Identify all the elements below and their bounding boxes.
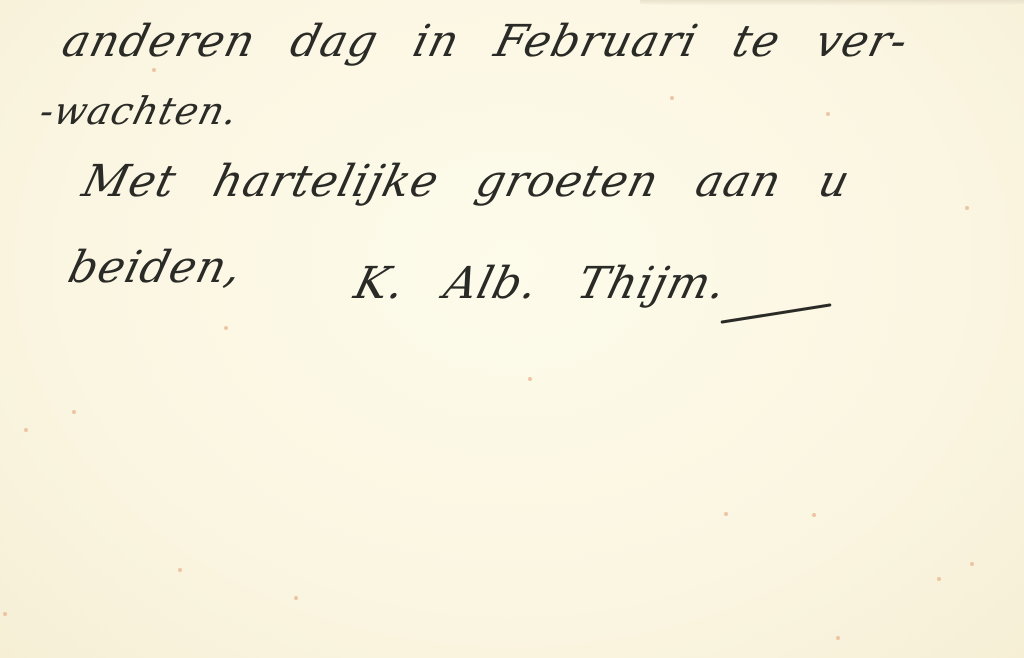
foxing-spot <box>836 636 840 640</box>
handwritten-line-4: beiden, <box>64 246 247 290</box>
foxing-spot <box>826 112 830 116</box>
signature: K. Alb. Thijm. <box>350 262 731 306</box>
foxing-spot <box>937 577 941 581</box>
foxing-spot <box>24 428 28 432</box>
foxing-spot <box>152 68 156 72</box>
foxing-spot <box>965 206 969 210</box>
foxing-spot <box>812 513 816 517</box>
foxing-spot <box>224 326 228 330</box>
foxing-spot <box>724 512 728 516</box>
handwritten-line-1: anderen dag in Februari te ver- <box>58 20 913 64</box>
foxing-spot <box>294 596 298 600</box>
foxing-spot <box>970 562 974 566</box>
foxing-spot <box>3 612 7 616</box>
handwritten-line-2: -wachten. <box>36 92 243 130</box>
foxing-spot <box>72 410 76 414</box>
foxing-spot <box>528 377 532 381</box>
handwritten-line-3: Met hartelijke groeten aan u <box>78 160 854 204</box>
paper-top-edge-wear <box>640 0 1024 6</box>
foxing-spot <box>670 96 674 100</box>
foxing-spot <box>178 568 182 572</box>
